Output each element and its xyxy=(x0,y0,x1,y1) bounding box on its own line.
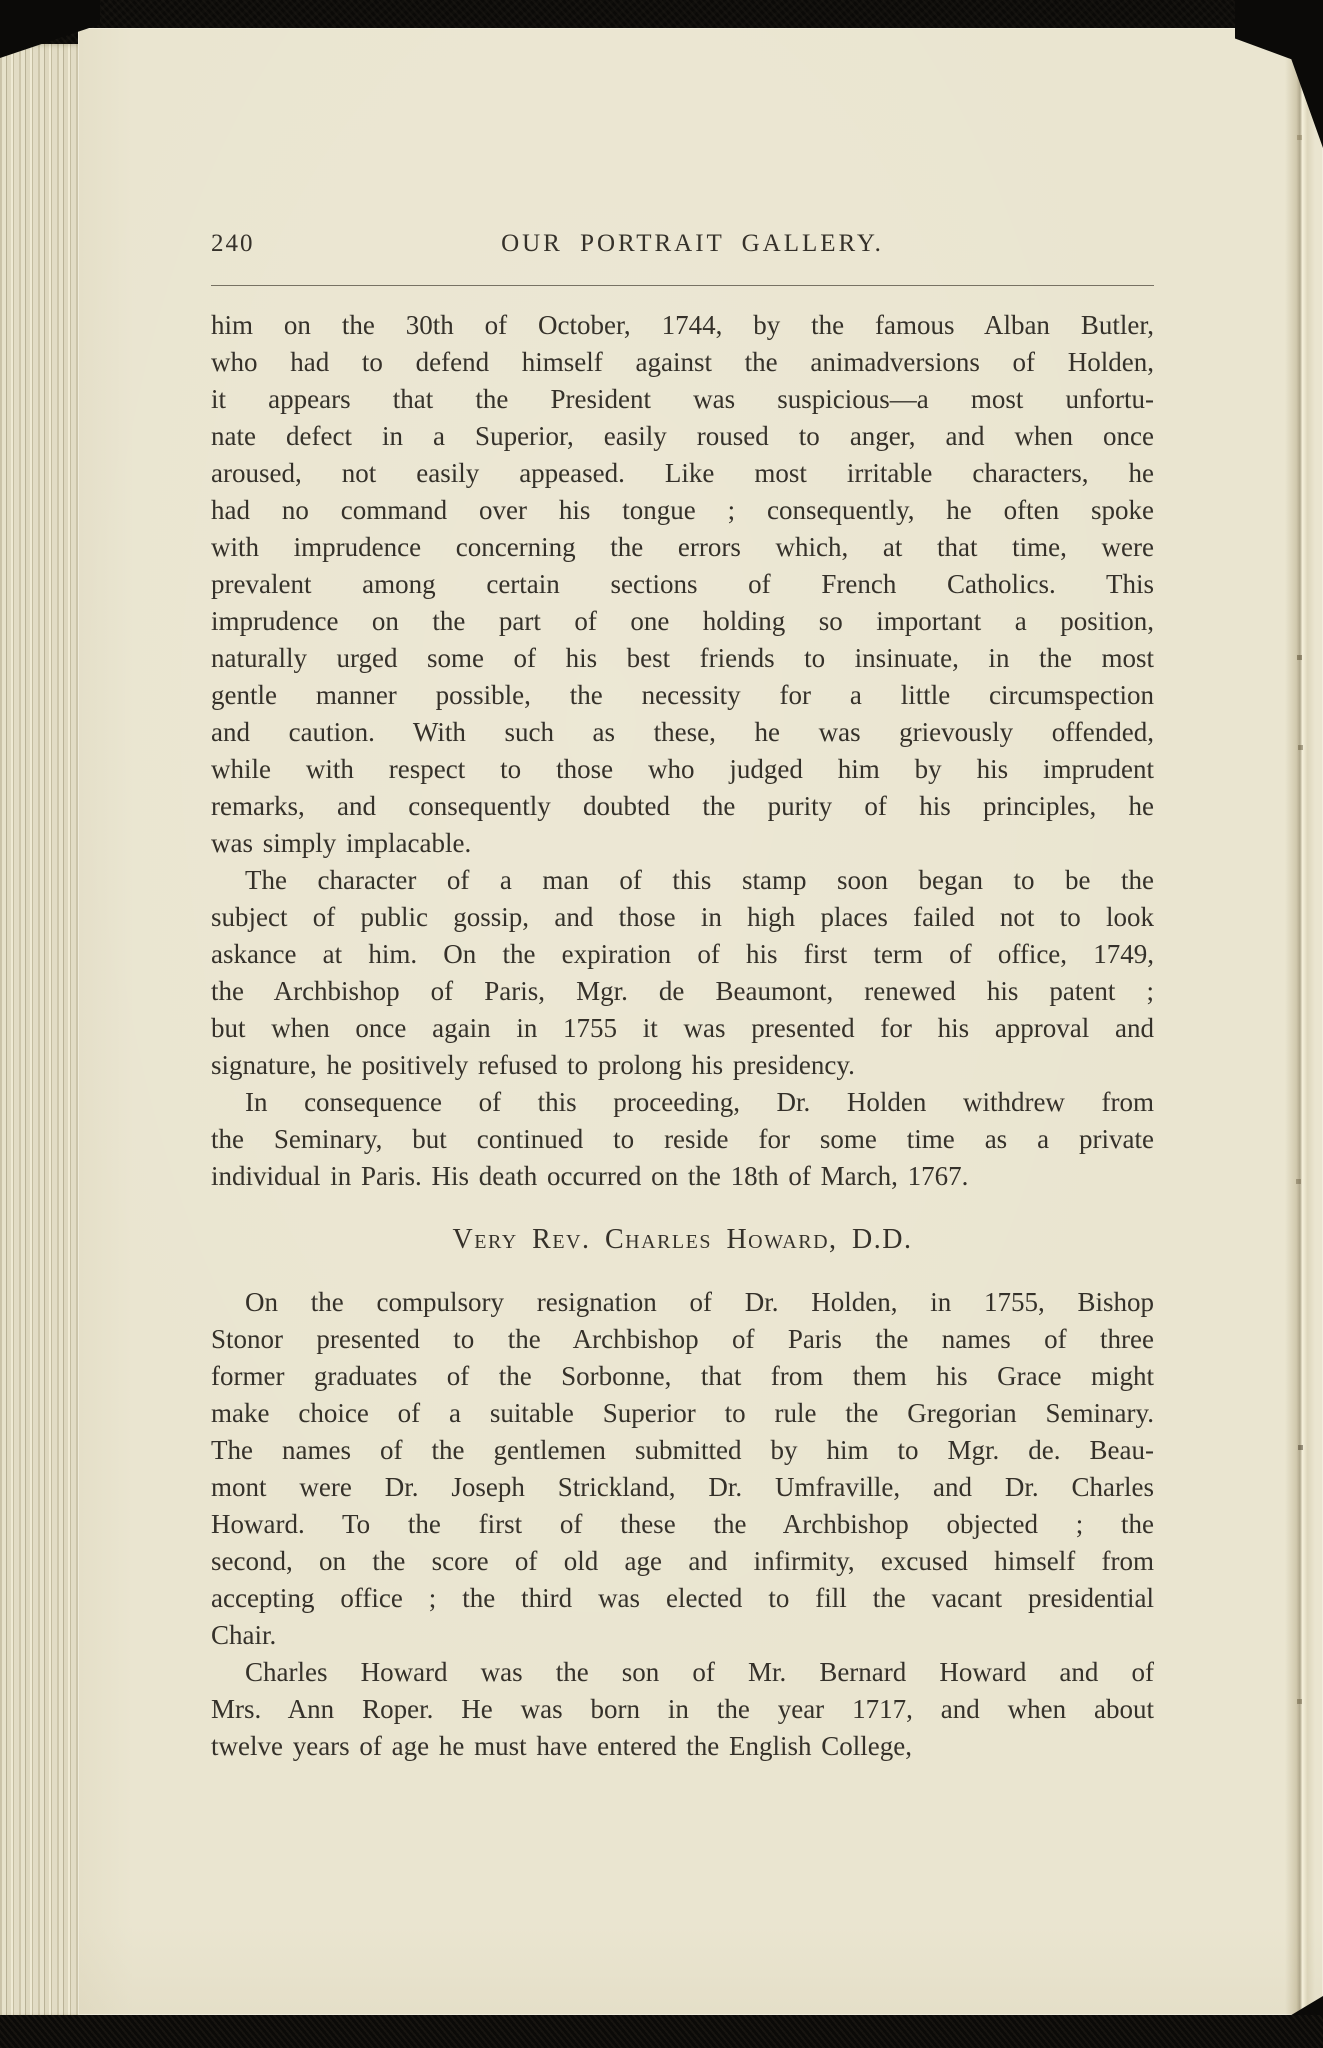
text-line: askance at him. On the expiration of his… xyxy=(211,936,1154,973)
text-line: aroused, not easily appeased. Like most … xyxy=(211,455,1154,492)
text-line: make choice of a suitable Superior to ru… xyxy=(211,1395,1154,1432)
text-line: the Archbishop of Paris, Mgr. de Beaumon… xyxy=(211,973,1154,1010)
book-page-edges xyxy=(0,44,86,2018)
text-line: individual in Paris. His death occurred … xyxy=(211,1158,1154,1195)
text-line: Chair. xyxy=(211,1617,1154,1654)
paragraph: The character of a man of this stamp soo… xyxy=(211,862,1154,1084)
text-line: gentle manner possible, the necessity fo… xyxy=(211,677,1154,714)
running-title: OUR PORTRAIT GALLERY. xyxy=(441,230,1154,258)
paragraph: him on the 30th of October, 1744, by the… xyxy=(211,307,1154,862)
text-line: remarks, and consequently doubted the pu… xyxy=(211,788,1154,825)
text-line: The names of the gentlemen submitted by … xyxy=(211,1432,1154,1469)
text-line: the Seminary, but continued to reside fo… xyxy=(211,1121,1154,1158)
text-line: it appears that the President was suspic… xyxy=(211,381,1154,418)
text-line: but when once again in 1755 it was prese… xyxy=(211,1010,1154,1047)
text-line: him on the 30th of October, 1744, by the… xyxy=(211,307,1154,344)
text-line: former graduates of the Sorbonne, that f… xyxy=(211,1358,1154,1395)
text-line: On the compulsory resignation of Dr. Hol… xyxy=(211,1284,1154,1321)
text-line: was simply implacable. xyxy=(211,825,1154,862)
paragraph: In consequence of this proceeding, Dr. H… xyxy=(211,1084,1154,1195)
text-line: accepting office ; the third was elected… xyxy=(211,1580,1154,1617)
page-fold-crease xyxy=(1285,28,1315,2015)
text-line: while with respect to those who judged h… xyxy=(211,751,1154,788)
text-line: mont were Dr. Joseph Strickland, Dr. Umf… xyxy=(211,1469,1154,1506)
header-rule xyxy=(211,285,1154,286)
paragraph: On the compulsory resignation of Dr. Hol… xyxy=(211,1284,1154,1654)
page-body: him on the 30th of October, 1744, by the… xyxy=(211,307,1154,1765)
text-line: Mrs. Ann Roper. He was born in the year … xyxy=(211,1691,1154,1728)
text-line: Charles Howard was the son of Mr. Bernar… xyxy=(211,1654,1154,1691)
text-line: second, on the score of old age and infi… xyxy=(211,1543,1154,1580)
text-line: had no command over his tongue ; consequ… xyxy=(211,492,1154,529)
scan-bottom-texture xyxy=(0,2015,1323,2048)
text-line: nate defect in a Superior, easily roused… xyxy=(211,418,1154,455)
section-heading: Very Rev. Charles Howard, D.D. xyxy=(211,1221,1154,1258)
running-head: 240 OUR PORTRAIT GALLERY. xyxy=(211,230,1154,258)
text-line: signature, he positively refused to prol… xyxy=(211,1047,1154,1084)
text-line: subject of public gossip, and those in h… xyxy=(211,899,1154,936)
text-line: imprudence on the part of one holding so… xyxy=(211,603,1154,640)
text-line: The character of a man of this stamp soo… xyxy=(211,862,1154,899)
book-page: 240 OUR PORTRAIT GALLERY. him on the 30t… xyxy=(78,28,1323,2015)
text-line: naturally urged some of his best friends… xyxy=(211,640,1154,677)
text-line: In consequence of this proceeding, Dr. H… xyxy=(211,1084,1154,1121)
text-line: with imprudence concerning the errors wh… xyxy=(211,529,1154,566)
text-line: and caution. With such as these, he was … xyxy=(211,714,1154,751)
printed-text-block: 240 OUR PORTRAIT GALLERY. him on the 30t… xyxy=(211,28,1154,1765)
text-line: twelve years of age he must have entered… xyxy=(211,1728,1154,1765)
text-line: prevalent among certain sections of Fren… xyxy=(211,566,1154,603)
text-line: who had to defend himself against the an… xyxy=(211,344,1154,381)
text-line: Stonor presented to the Archbishop of Pa… xyxy=(211,1321,1154,1358)
text-line: Howard. To the first of these the Archbi… xyxy=(211,1506,1154,1543)
scan-bottom-band xyxy=(0,2015,1323,2048)
page-number: 240 xyxy=(211,230,441,258)
paragraph: Charles Howard was the son of Mr. Bernar… xyxy=(211,1654,1154,1765)
